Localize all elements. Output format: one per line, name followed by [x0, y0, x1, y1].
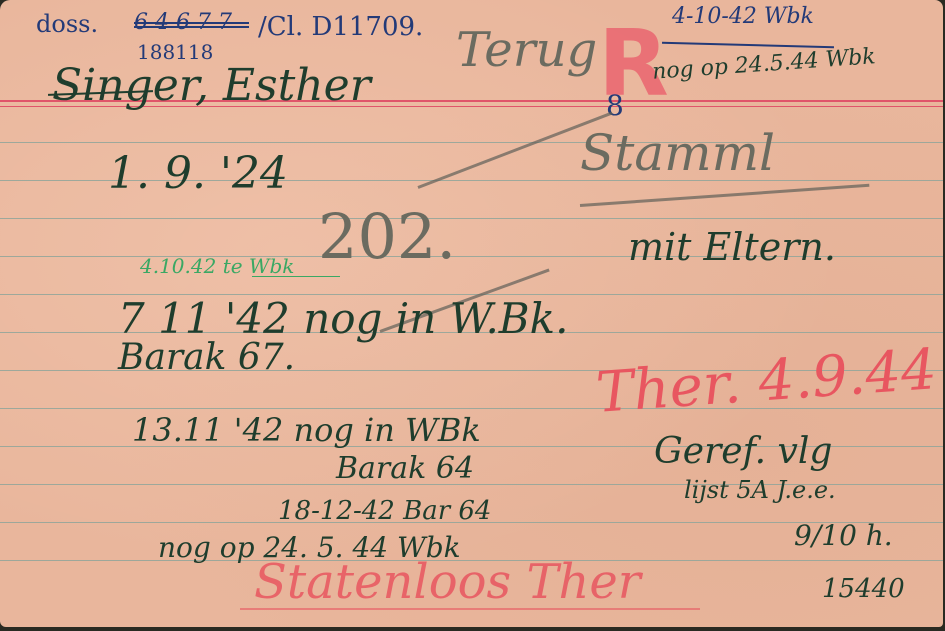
ruled-line: [0, 142, 943, 143]
entry-1-line-2: Barak 67.: [118, 340, 295, 376]
entry-3: 18-12-42 Bar 64: [278, 498, 491, 524]
green-transfer-note: 4.10.42 te Wbk: [140, 256, 294, 276]
red-underline: [240, 608, 700, 610]
entry-2-line-2: Barak 64: [336, 454, 474, 484]
pencil-note-terug: Terug: [456, 26, 597, 74]
doss-label: doss.: [36, 12, 98, 36]
right-note-lijst: lijst 5A J.e.e.: [684, 478, 836, 502]
class-reference: /Cl. D11709.: [258, 14, 423, 40]
red-bottom-note: Statenloos Ther: [254, 558, 641, 606]
right-note-geref: Geref. vlg: [654, 434, 832, 470]
pencil-number: 202.: [318, 206, 456, 268]
strikethrough: [134, 22, 249, 24]
top-right-note: nog op 24.5.44 Wbk: [652, 46, 877, 84]
red-note-ther: Ther. 4.9.44: [594, 342, 938, 422]
card-number: 15440: [822, 576, 905, 602]
doss-number: 188118: [137, 42, 213, 62]
person-name: Singer, Esther: [52, 64, 371, 108]
top-right-date: 4-10-42 Wbk: [672, 6, 814, 28]
green-underline: [252, 276, 340, 277]
index-card: R doss. 6 4 6 7 7 188118 /Cl. D11709. Si…: [0, 0, 943, 627]
strikethrough: [134, 26, 249, 28]
pencil-signature: Stamml: [580, 128, 775, 178]
right-note-time: 9/10 h.: [794, 522, 893, 550]
underline: [662, 42, 834, 49]
entry-2-line-1: 13.11 '42 nog in WBk: [132, 414, 481, 446]
pencil-underline: [580, 184, 870, 207]
ruled-line: [0, 218, 943, 219]
entry-1-line-1: 7 11 '42 nog in W.Bk.: [118, 298, 568, 340]
birth-date: 1. 9. '24: [108, 152, 288, 196]
with-parents-note: mit Eltern.: [628, 228, 836, 266]
